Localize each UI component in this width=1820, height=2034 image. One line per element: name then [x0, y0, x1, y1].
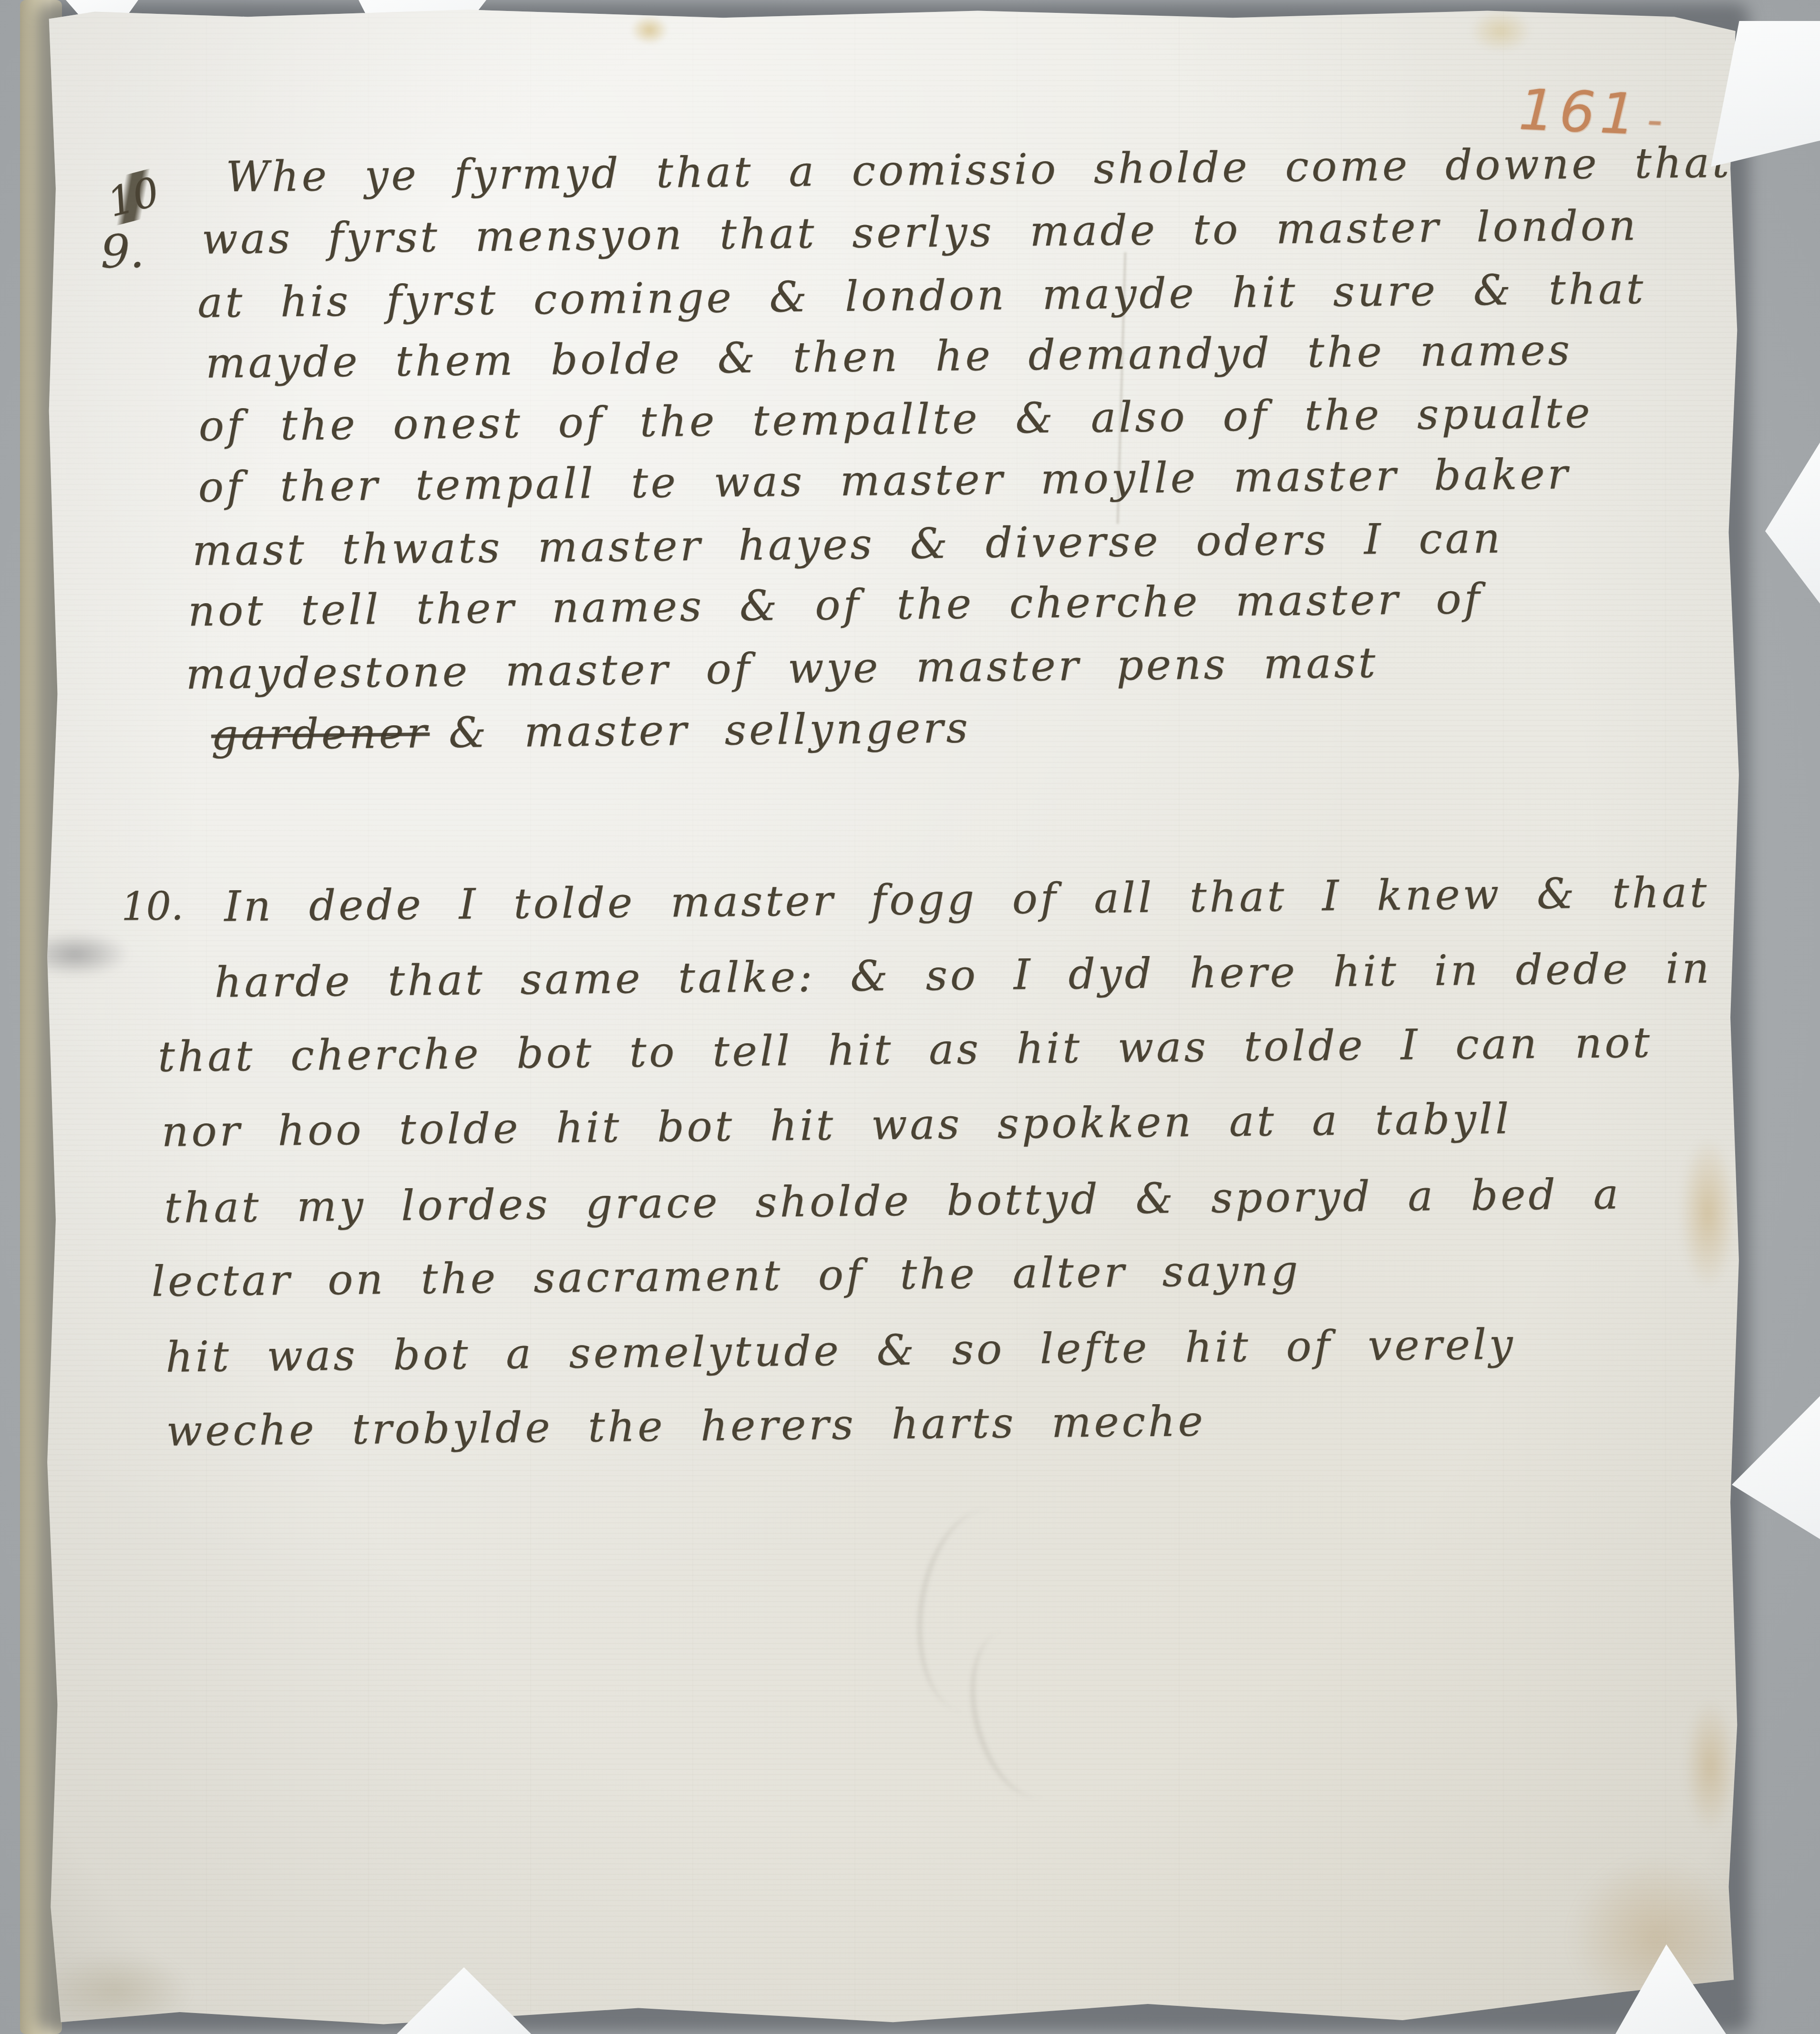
manuscript-line: hit was bot a semelytude & so lefte hit …: [165, 1305, 1735, 1395]
handwritten-content: 161- 10 9. Whe ye fyrmyd that a comissio…: [42, 0, 1760, 2030]
line-remainder: & master sellyngers: [448, 703, 970, 757]
mount-tab-right-upper: [1765, 442, 1820, 604]
manuscript-line: that my lordes grace sholde bottyd & spo…: [164, 1155, 1733, 1245]
manuscript-line: harde that same talke: & so I dyd here h…: [214, 930, 1731, 1020]
manuscript-line: In dede I tolde master fogg of all that …: [224, 854, 1730, 944]
manuscript-line: nor hoo tolde hit bot hit was spokken at…: [161, 1079, 1732, 1169]
item-number-9: 9.: [101, 225, 145, 278]
deposition-item-10: In dede I tolde master fogg of all that …: [156, 854, 1736, 1469]
deleted-item-number: 10: [87, 164, 179, 230]
struck-word: gardener: [211, 708, 430, 759]
deposition-item-9: Whe ye fyrmyd that a comissio sholde com…: [201, 132, 1723, 766]
manuscript-page: 161- 10 9. Whe ye fyrmyd that a comissio…: [44, 7, 1742, 2028]
